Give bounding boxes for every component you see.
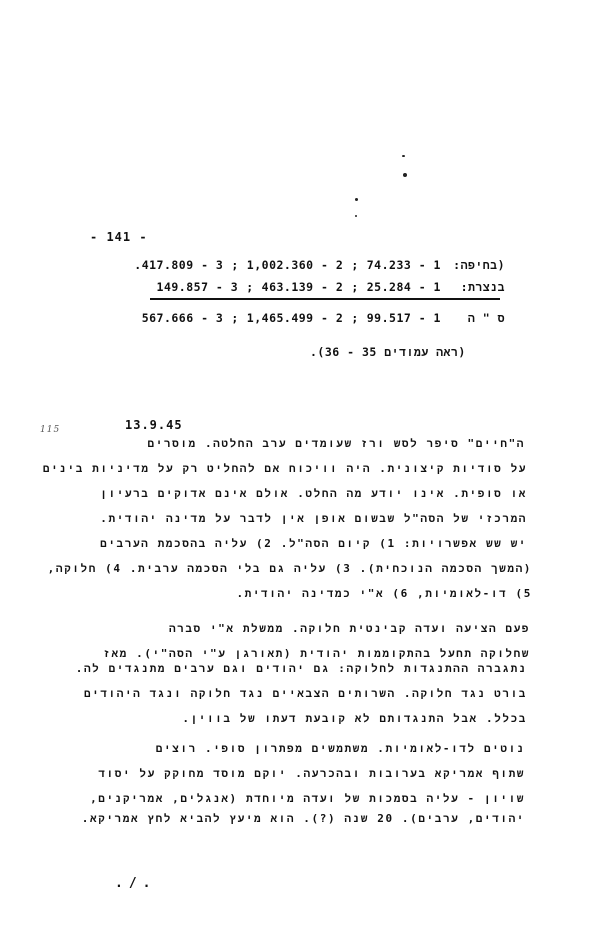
stats-row-total: ס " ה 99.517 - 1 ; 1,465.499 - 2 ; 567.6… xyxy=(155,311,505,326)
stats-value-1: 25.284 - 1 xyxy=(367,280,441,295)
text-line: נוטים לדו-לאומיות. משתמשים מפתרון סופי. … xyxy=(156,742,525,756)
document-page: - 141 - (בחיפה: 74.233 - 1 ; 1,002.360 -… xyxy=(0,0,600,930)
text-line: ה"חיים" סיפר לסש ורז שעומדים ערב החלטה. … xyxy=(148,437,525,451)
stats-separator: ; xyxy=(231,311,238,326)
text-line: יש שש אפשרויות: 1) קיום הסה"ל. 2) עליה ב… xyxy=(100,537,527,551)
stats-label: (בחיפה: xyxy=(449,258,505,273)
text-line: שתוף אמריקא בערובות ובהכרעה. יוקם מוסד מ… xyxy=(98,767,525,781)
text-line: יהודים, ערבים). 20 שנה (?). הוא מיעץ להב… xyxy=(82,812,525,826)
text-line: המרכזי של הסה"ל שבשום אופן אין לדבר על מ… xyxy=(100,512,527,526)
scan-speck xyxy=(355,215,357,217)
text-line: בכלל. אבל התנגדותם לא קובעת דעתו של בווי… xyxy=(182,712,527,726)
stats-separator: ; xyxy=(246,280,253,295)
text-line: (המשך הסכמה הנוכחית). 3) עליה גם בלי הסכ… xyxy=(48,562,532,576)
stats-value-2: 1,002.360 - 2 xyxy=(247,258,344,273)
stats-separator: ; xyxy=(351,280,358,295)
stats-value-3: 149.857 - 3 xyxy=(157,280,239,295)
stats-separator: ; xyxy=(351,258,358,273)
continuation-mark: ./. xyxy=(115,876,156,891)
text-line: או סופית. אינו יודע מה החלט. אולם אינם א… xyxy=(100,487,527,501)
text-line: פעם הציעה ועדה קבינטית חלוקה. ממשלת א"י … xyxy=(169,622,530,636)
text-line: שויון - עליה בסמכות של ועדה מיוחדת (אנגל… xyxy=(90,792,525,806)
see-also-note: (ראה עמודים 35 - 36). xyxy=(310,345,466,360)
text-line: שחלוקה תחעל בהתקוממות יהודית (תאורגן ע"י… xyxy=(103,647,530,661)
stats-row-haifa: (בחיפה: 74.233 - 1 ; 1,002.360 - 2 ; .41… xyxy=(155,258,505,273)
total-divider xyxy=(150,298,500,300)
stats-label: ס " ה xyxy=(449,311,505,326)
stats-separator: ; xyxy=(351,311,358,326)
scan-speck xyxy=(402,155,405,157)
page-number: - 141 - xyxy=(90,230,148,244)
stats-value-2: 463.139 - 2 xyxy=(262,280,344,295)
stats-value-1: 99.517 - 1 xyxy=(367,311,441,326)
text-line: 5) דו-לאומיות, 6) א"י כמדינה יהודית. xyxy=(236,587,532,601)
text-line: על סודיות קיצונית. היה וויכוח אם להחליט … xyxy=(43,462,527,476)
scan-speck xyxy=(355,198,358,201)
text-line: בורט נגד חלוקה. השרותים הצבאיים נגד חלוק… xyxy=(84,687,527,701)
text-line: נתגברה ההתנגדות לחלוקה: גם יהודים וגם ער… xyxy=(76,662,527,676)
stats-value-3: 567.666 - 3 xyxy=(142,311,224,326)
stats-separator: ; xyxy=(231,258,238,273)
entry-date: 13.9.45 xyxy=(125,418,183,432)
scan-speck xyxy=(403,173,407,177)
stats-row-nazareth: בנצרת: 25.284 - 1 ; 463.139 - 2 ; 149.85… xyxy=(155,280,505,295)
stats-value-1: 74.233 - 1 xyxy=(367,258,441,273)
stats-value-3: .417.809 - 3 xyxy=(134,258,223,273)
stats-label: בנצרת: xyxy=(449,280,505,295)
stats-value-2: 1,465.499 - 2 xyxy=(247,311,344,326)
margin-annotation: 115 xyxy=(40,425,60,435)
